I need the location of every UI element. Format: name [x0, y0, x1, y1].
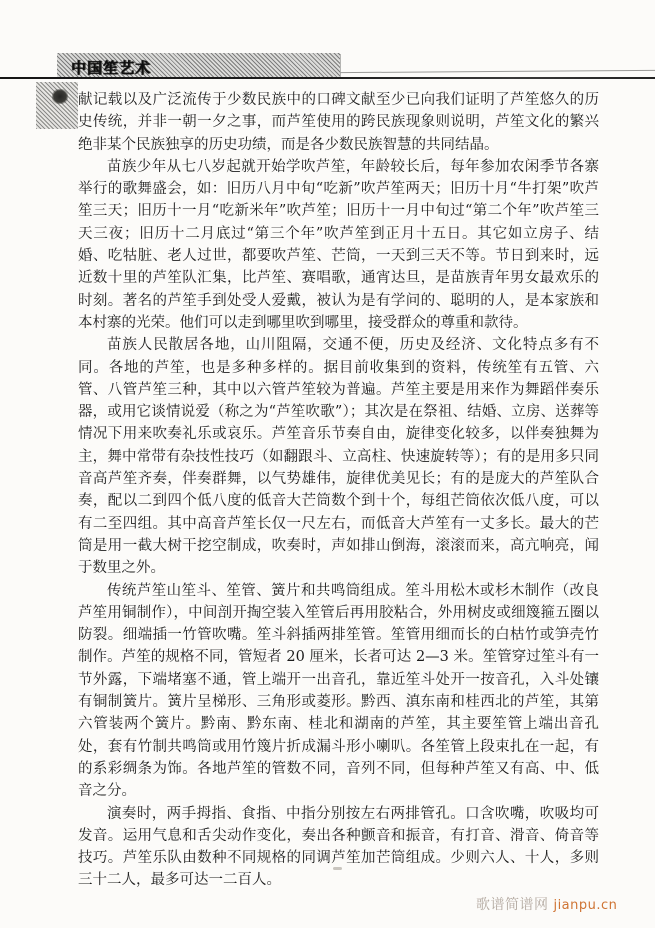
stamp-glyph — [52, 89, 68, 104]
header-rule — [0, 77, 655, 79]
watermark: 歌谱简谱网 jianpu.cn — [476, 894, 617, 914]
book-page: 中国笙艺术 献记载以及广泛流传于少数民族中的口碑文献至少已向我们证明了芦笙悠久的… — [0, 0, 655, 928]
margin-stamp — [36, 82, 78, 129]
page-header-band: 中国笙艺术 — [57, 53, 340, 78]
paragraph-1: 献记载以及广泛流传于少数民族中的口碑文献至少已向我们证明了芦笙悠久的历史传统，并… — [78, 89, 599, 156]
book-title: 中国笙艺术 — [71, 57, 151, 78]
body-text: 献记载以及广泛流传于少数民族中的口碑文献至少已向我们证明了芦笙悠久的历史传统，并… — [78, 89, 599, 892]
paragraph-2: 苗族少年从七八岁起就开始学吹芦笙，年龄较长后，每年参加农闲季节各寨举行的歌舞盛会… — [78, 156, 599, 334]
paragraph-3: 苗族人民散居各地，山川阻隔，交通不便，历史及经济、文化特点多有不同。各地的芦笙，… — [78, 334, 599, 579]
paragraph-5: 演奏时，两手拇指、食指、中指分别按左右两排管孔。口含吹嘴，吹吸均可发音。运用气息… — [78, 803, 599, 892]
watermark-site-name: 歌谱简谱网 — [476, 897, 549, 913]
header-rule-fragment — [340, 70, 655, 73]
paragraph-4: 传统芦笙山笙斗、笙管、簧片和共鸣筒组成。笙斗用松木或杉木制作（改良芦笙用铜制作）… — [78, 580, 599, 803]
scan-artifact — [333, 867, 342, 870]
watermark-site-url: jianpu.cn — [553, 898, 617, 913]
